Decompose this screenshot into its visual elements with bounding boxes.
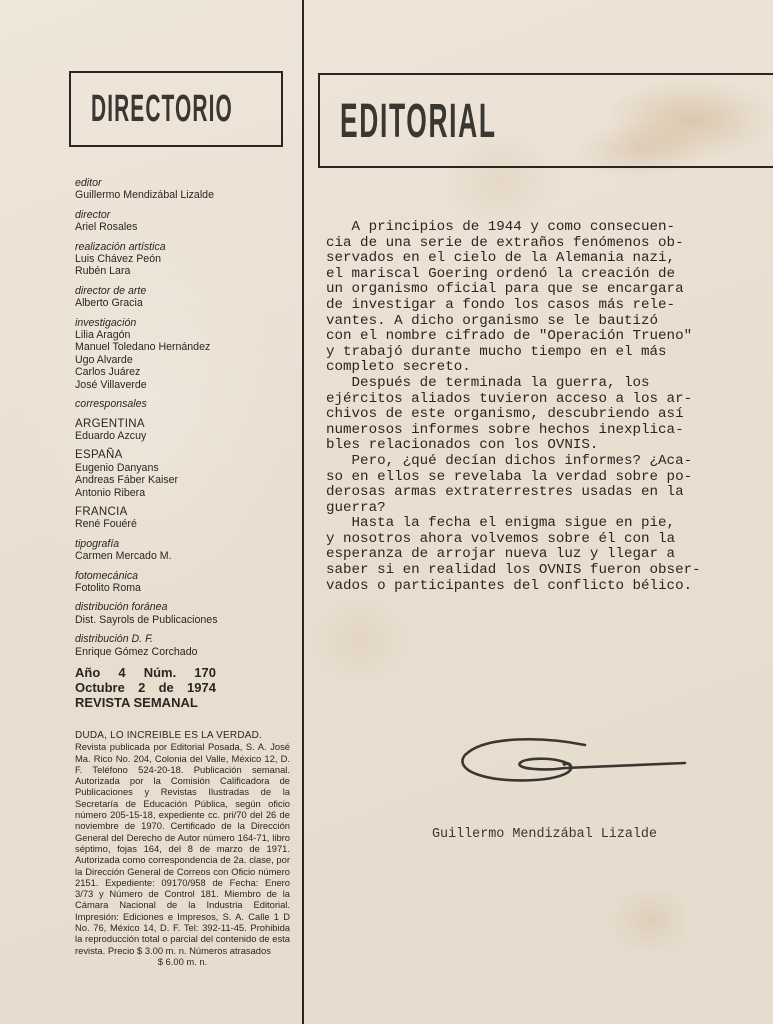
staff-name: Fotolito Roma — [75, 582, 295, 594]
editorial-line: y nosotros ahora volvemos sobre él con l… — [326, 532, 766, 548]
staff-name: José Villaverde — [75, 379, 295, 391]
editorial-line: Después de terminada la guerra, los — [326, 376, 766, 392]
staff-name: Manuel Toledano Hernández — [75, 341, 295, 353]
editorial-line: A principios de 1944 y como consecuen- — [326, 220, 766, 236]
editorial-line: un organismo oficial para que se encarga… — [326, 282, 766, 298]
staff-group: FRANCIARené Fouéré — [75, 506, 295, 531]
staff-group: realización artísticaLuis Chávez PeónRub… — [75, 241, 295, 278]
editorial-line: Hasta la fecha el enigma sigue en pie, — [326, 516, 766, 532]
staff-name: René Fouéré — [75, 518, 295, 530]
editorial-line: con el nombre cifrado de "Operación True… — [326, 329, 766, 345]
staff-name: Ugo Alvarde — [75, 354, 295, 366]
staff-name: Enrique Gómez Corchado — [75, 646, 295, 658]
staff-role: realización artística — [75, 241, 295, 253]
staff-name: Eugenio Danyans — [75, 462, 295, 474]
editorial-line: chivos de este organismo, descubriendo a… — [326, 407, 766, 423]
staff-group: investigaciónLilia AragónManuel Toledano… — [75, 317, 295, 391]
staff-role: fotomecánica — [75, 570, 295, 582]
staff-group: corresponsales — [75, 398, 295, 410]
staff-group: tipografíaCarmen Mercado M. — [75, 538, 295, 563]
staff-group: ESPAÑAEugenio DanyansAndreas Fáber Kaise… — [75, 449, 295, 499]
staff-name: Dist. Sayrols de Publicaciones — [75, 614, 295, 626]
staff-name: Carlos Juárez — [75, 366, 295, 378]
editorial-body: A principios de 1944 y como consecuen-ci… — [326, 220, 766, 594]
staff-role: distribución foránea — [75, 601, 295, 613]
staff-role: investigación — [75, 317, 295, 329]
legal-notice: DUDA, LO INCREIBLE ES LA VERDAD. Revista… — [75, 730, 290, 967]
issue-info: Año 4 Núm. 170 Octubre 2 de 1974 REVISTA… — [75, 665, 295, 710]
editorial-line: servados en el cielo de la Alemania nazi… — [326, 251, 766, 267]
staff-name: Rubén Lara — [75, 265, 295, 277]
editorial-line: cia de una serie de extraños fenómenos o… — [326, 236, 766, 252]
editorial-line: derosas armas extraterrestres usadas en … — [326, 485, 766, 501]
staff-name: Alberto Gracia — [75, 297, 295, 309]
editorial-line: guerra? — [326, 501, 766, 517]
number-value: 170 — [194, 665, 216, 680]
staff-group: distribución D. F.Enrique Gómez Corchado — [75, 633, 295, 658]
directory-title: DIRECTORIO — [91, 83, 233, 135]
staff-group: distribución foráneaDist. Sayrols de Pub… — [75, 601, 295, 626]
staff-country: ARGENTINA — [75, 418, 295, 430]
staff-group: ARGENTINAEduardo Azcuy — [75, 418, 295, 443]
handwritten-signature-icon — [455, 735, 695, 795]
editorial-title: EDITORIAL — [340, 91, 497, 153]
staff-name: Carmen Mercado M. — [75, 550, 295, 562]
staff-group: director de arteAlberto Gracia — [75, 285, 295, 310]
editorial-header-box: EDITORIAL — [318, 73, 773, 168]
staff-name: Lilia Aragón — [75, 329, 295, 341]
number-label: Núm. — [144, 665, 177, 680]
staff-role: corresponsales — [75, 398, 295, 410]
editorial-line: vados o participantes del conflicto béli… — [326, 579, 766, 595]
date-day: 2 — [138, 680, 145, 695]
issue-date-row: Octubre 2 de 1974 — [75, 680, 216, 695]
staff-name: Antonio Ribera — [75, 487, 295, 499]
staff-name: Andreas Fáber Kaiser — [75, 474, 295, 486]
year-value: 4 — [118, 665, 125, 680]
date-month: Octubre — [75, 680, 125, 695]
signer-name: Guillermo Mendizábal Lizalde — [432, 827, 657, 842]
editorial-line: el mariscal Goering ordenó la creación d… — [326, 267, 766, 283]
issue-frequency: REVISTA SEMANAL — [75, 695, 295, 710]
staff-role: editor — [75, 177, 295, 189]
staff-country: ESPAÑA — [75, 449, 295, 461]
editorial-line: numerosos informes sobre hechos inexplic… — [326, 423, 766, 439]
staff-name: Ariel Rosales — [75, 221, 295, 233]
editorial-line: y trabajó durante mucho tiempo en el más — [326, 345, 766, 361]
editorial-line: bles relacionados con los OVNIS. — [326, 438, 766, 454]
legal-heading: DUDA, LO INCREIBLE ES LA VERDAD. — [75, 730, 290, 741]
editorial-line: esperanza de arrojar nueva luz y llegar … — [326, 547, 766, 563]
staff-group: editorGuillermo Mendizábal Lizalde — [75, 177, 295, 202]
column-divider — [302, 0, 304, 1024]
year-label: Año — [75, 665, 100, 680]
editorial-line: ejércitos aliados tuvieron acceso a los … — [326, 392, 766, 408]
staff-name: Luis Chávez Peón — [75, 253, 295, 265]
editorial-line: saber si en realidad los OVNIS fueron ob… — [326, 563, 766, 579]
editorial-line: de investigar a fondo los casos más rele… — [326, 298, 766, 314]
staff-name: Eduardo Azcuy — [75, 430, 295, 442]
legal-back-issue-price: $ 6.00 m. n. — [75, 956, 290, 967]
editorial-line: vantes. A dicho organismo se le bautizó — [326, 314, 766, 330]
staff-group: fotomecánicaFotolito Roma — [75, 570, 295, 595]
directory-header-box: DIRECTORIO — [69, 71, 283, 147]
staff-directory: editorGuillermo Mendizábal Lizaldedirect… — [75, 177, 295, 665]
editorial-line: Pero, ¿qué decían dichos informes? ¿Aca- — [326, 454, 766, 470]
legal-body: Revista publicada por Editorial Posada, … — [75, 741, 290, 956]
staff-group: directorAriel Rosales — [75, 209, 295, 234]
staff-role: director — [75, 209, 295, 221]
editorial-line: completo secreto. — [326, 360, 766, 376]
staff-name: Guillermo Mendizábal Lizalde — [75, 189, 295, 201]
staff-role: distribución D. F. — [75, 633, 295, 645]
issue-number-row: Año 4 Núm. 170 — [75, 665, 216, 680]
date-year: 1974 — [187, 680, 216, 695]
editorial-line: so en ellos se revelaba la verdad sobre … — [326, 470, 766, 486]
staff-role: director de arte — [75, 285, 295, 297]
staff-country: FRANCIA — [75, 506, 295, 518]
staff-role: tipografía — [75, 538, 295, 550]
date-de: de — [159, 680, 174, 695]
